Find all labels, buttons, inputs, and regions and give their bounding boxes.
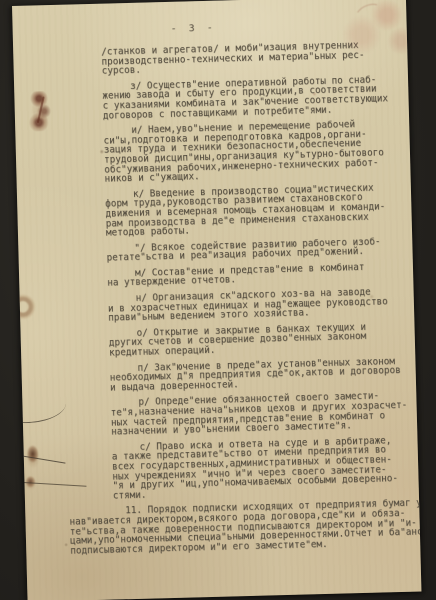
paragraph: н/ Организация ск"адского хоз-ва на заво… xyxy=(108,287,415,324)
scanned-page-background: - 3 - /станков и агрегатов/ и моби"изаци… xyxy=(0,0,436,600)
paragraph: и/ Наем,уво"ьнение и перемещение рабочей… xyxy=(103,119,410,185)
paragraph: с/ Право иска и ответа на суде и в арбит… xyxy=(111,435,418,501)
paragraph: к/ Введение в производство социа"истичес… xyxy=(105,182,412,238)
paragraph: о/ Открытие и закрытие в банках текущих … xyxy=(108,321,415,358)
paragraph: м/ Состав"ение и представ"ение в комбина… xyxy=(107,261,413,288)
document-page: - 3 - /станков и агрегатов/ и моби"изаци… xyxy=(12,0,421,600)
page-number: - 3 - xyxy=(171,23,216,35)
typewritten-text-block: /станков и агрегатов/ и моби"изация внут… xyxy=(13,40,420,563)
paragraph: 11. Порядок подписки исходящих от предпр… xyxy=(69,499,420,556)
paragraph: "/ Всякое содействие развитию рабочего и… xyxy=(106,236,412,263)
paragraph: /станков и агрегатов/ и моби"изация внут… xyxy=(101,40,408,77)
paragraph: р/ Опреде"ение обязанностей своего замес… xyxy=(110,391,417,437)
paragraph: з/ Осуществ"ение оперативной работы по с… xyxy=(102,74,409,120)
paragraph: п/ Зак"ючение в преде"ах установ"енных з… xyxy=(109,356,416,393)
